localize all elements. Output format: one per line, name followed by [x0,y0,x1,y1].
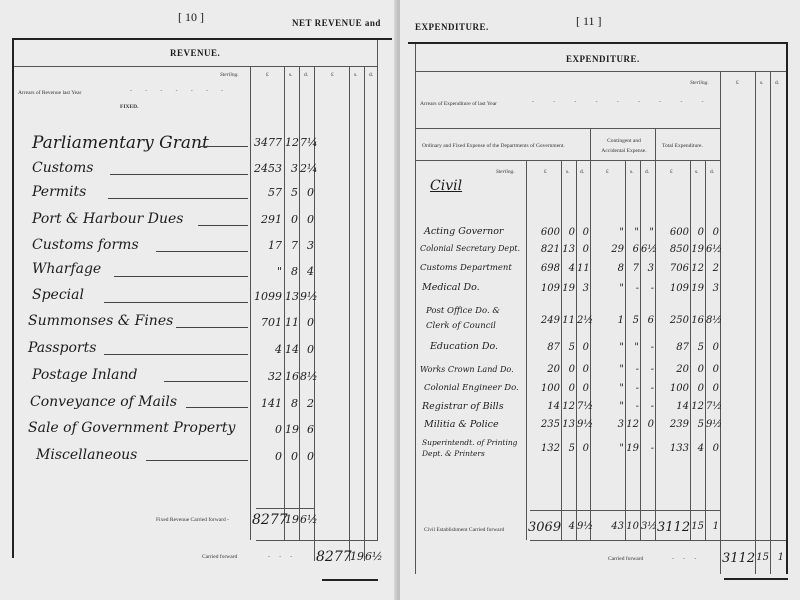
amount-pounds: " [252,265,282,278]
ordinary-pounds: 20 [528,364,560,375]
ordinary-pounds: 100 [528,383,560,394]
total-shillings: 12 [691,401,704,412]
row-label: Parliamentary Grant [32,133,209,153]
civil-total-ordinary-shillings: 4 [562,521,575,532]
total-shillings: 4 [691,443,704,454]
amount-pounds: 4 [252,343,282,356]
leader-line [176,327,248,328]
total-pence: 9½ [706,419,719,430]
total-pence: 0 [706,383,719,394]
col-header-pence: d. [775,80,779,86]
row-label: Postage Inland [32,367,138,383]
row-label: Acting Governor [424,226,503,237]
sterling-label: Sterling. [690,80,709,86]
amount-shillings: 12 [285,136,298,149]
row-label: Registrar of Bills [422,401,504,412]
group-header-ordinary: Ordinary and Fixed Expense of the Depart… [422,143,565,149]
amount-shillings: 16 [285,370,298,383]
ordinary-pence: 0 [577,383,589,394]
col-header: £ [544,169,547,175]
col-rule [364,66,365,561]
amount-pence: 7¼ [300,136,314,149]
contingent-shillings: - [626,383,639,394]
contingent-pence: - [641,443,654,454]
contingent-pence: - [641,401,654,412]
contingent-pounds: " [592,364,624,375]
row-label: Militia & Police [424,419,499,430]
ordinary-pounds: 600 [528,227,560,238]
amount-pence: 0 [300,186,314,199]
contingent-shillings: 5 [626,315,639,326]
amount-pence: 0 [300,343,314,356]
contingent-pounds: 29 [592,244,624,255]
total-pounds: 239 [657,419,689,430]
total-pence: 6½ [706,244,719,255]
civil-total-contingent-shillings: 10 [626,521,639,532]
contingent-shillings: 6 [626,244,639,255]
row-label: Sale of Government Property [28,420,235,436]
col-header-shillings-2: s. [354,72,358,78]
ordinary-pence: 0 [577,443,589,454]
row-label: Passports [28,340,96,356]
row-label: Post Office Do. & Clerk of Council [426,304,524,334]
row-label: Special [32,287,84,303]
total-shillings: 12 [691,263,704,274]
fixed-total-label: Fixed Revenue Carried forward - [156,517,229,523]
contingent-shillings: - [626,283,639,294]
total-shillings: 5 [691,342,704,353]
total-shillings: 0 [691,364,704,375]
sterling-label: Sterling. [496,169,515,175]
contingent-pence: - [641,283,654,294]
row-label: Miscellaneous [36,447,137,463]
amount-pence: 4 [300,265,314,278]
row-label: Permits [32,184,86,200]
amount-shillings: 14 [285,343,298,356]
amount-shillings: 8 [285,265,298,278]
total-pence: 0 [706,342,719,353]
contingent-pounds: " [592,283,624,294]
contingent-shillings: - [626,401,639,412]
running-head: EXPENDITURE. [415,22,489,32]
leader-line [104,302,248,303]
amount-pounds: 0 [252,423,282,436]
arrears-label: Arrears of Expenditure of last Year [420,101,497,107]
amount-pence: 6 [300,423,314,436]
bottom-rule [724,578,788,580]
total-shillings: 0 [691,383,704,394]
contingent-pence: - [641,342,654,353]
carried-forward-dots: - - - [268,554,296,560]
contingent-pounds: " [592,383,624,394]
arrears-dots: - - - - - - - [130,88,229,94]
carried-forward-shillings: 19 [350,550,363,563]
civil-total-shillings: 15 [691,521,704,532]
left-rule [415,44,416,574]
contingent-pounds: " [592,227,624,238]
ordinary-pounds: 14 [528,401,560,412]
col-header-pounds-2: £ [331,72,334,78]
leader-line [164,381,248,382]
subheader-rule [416,160,720,161]
row-label: Medical Do. [422,282,480,293]
contingent-pence: - [641,364,654,375]
total-pounds: 600 [657,227,689,238]
civil-total-pounds: 3112 [657,520,689,535]
amount-pence: 2 [300,397,314,410]
contingent-shillings: 19 [626,443,639,454]
row-label: Education Do. [430,341,498,352]
total-pounds: 109 [657,283,689,294]
amount-pounds: 57 [252,186,282,199]
col-rule [770,71,771,574]
total-pounds: 133 [657,443,689,454]
section-title: REVENUE. [170,48,220,58]
total-pounds: 14 [657,401,689,412]
ordinary-pounds: 235 [528,419,560,430]
running-head: NET REVENUE and [292,18,381,28]
amount-shillings: 13 [285,290,298,303]
total-shillings: 5 [691,419,704,430]
amount-pounds: 32 [252,370,282,383]
col-header-pence: d. [304,72,308,78]
ordinary-shillings: 19 [562,283,575,294]
amount-shillings: 11 [285,316,298,329]
col-header-pence-2: d. [369,72,373,78]
amount-pounds: 141 [252,397,282,410]
contingent-pounds: 1 [592,315,624,326]
contingent-pounds: 8 [592,263,624,274]
carried-forward-label: Carried forward [202,554,237,560]
ordinary-shillings: 12 [562,401,575,412]
row-label: Port & Harbour Dues [32,211,183,227]
col-header-pounds: £ [736,80,739,86]
row-label: Wharfage [32,261,101,277]
total-pence: 0 [706,227,719,238]
row-label: Customs forms [32,237,139,253]
group-header-contingent: Contingent and Accidental Expense. [596,136,652,156]
contingent-shillings: - [626,364,639,375]
ordinary-pence: 2½ [577,315,589,326]
civil-total-ordinary-pence: 9½ [577,521,589,532]
total-pounds: 87 [657,342,689,353]
carried-forward-pounds: 8277 [316,549,348,565]
fixed-total-shillings: 19 [285,513,298,526]
col-rule [755,71,756,574]
subsection-fixed: FIXED. [120,104,139,110]
leader-line [186,407,248,408]
amount-pounds: 1099 [252,290,282,303]
total-pounds: 850 [657,244,689,255]
contingent-pounds: " [592,443,624,454]
row-label: Superintendt. of Printing Dept. & Printe… [422,437,524,459]
ordinary-pence: 3 [577,283,589,294]
ordinary-pence: 11 [577,263,589,274]
section-title: EXPENDITURE. [566,54,640,64]
right-page-expenditure: EXPENDITURE. [ 11 ] EXPENDITURE. Sterlin… [400,0,800,600]
leader-line [156,251,248,252]
amount-shillings: 5 [285,186,298,199]
carried-forward-pence: 1 [771,552,784,563]
left-rule [12,40,14,558]
col-rule [250,66,251,540]
ordinary-shillings: 0 [562,364,575,375]
col-rule [349,66,350,561]
group-header-total: Total Expenditure. [662,143,703,149]
contingent-pence: 3 [641,263,654,274]
ordinary-pounds: 249 [528,315,560,326]
total-pounds: 20 [657,364,689,375]
col-header: s. [566,169,570,175]
arrears-label: Arrears of Revenue last Year [18,90,81,96]
contingent-pounds: " [592,401,624,412]
ordinary-pence: 0 [577,227,589,238]
civil-total-contingent-pounds: 43 [592,521,624,532]
ordinary-pounds: 109 [528,283,560,294]
total-pounds: 100 [657,383,689,394]
top-rule [12,38,392,40]
ordinary-pounds: 132 [528,443,560,454]
col-rule [526,160,527,540]
contingent-pence: 0 [641,419,654,430]
col-header-shillings: s. [760,80,764,86]
row-label: Customs Department [420,263,512,273]
col-header: d. [645,169,649,175]
contingent-shillings: " [626,227,639,238]
sterling-label: Sterling. [220,72,239,78]
amount-shillings: 0 [285,213,298,226]
leader-line [110,174,248,175]
total-pence: 2 [706,263,719,274]
amount-pence: 9½ [300,290,314,303]
ordinary-pounds: 821 [528,244,560,255]
amount-pence: 0 [300,316,314,329]
ordinary-shillings: 13 [562,419,575,430]
total-pounds: 706 [657,263,689,274]
leader-line [200,146,248,147]
total-pence: 8½ [706,315,719,326]
col-header: s. [695,169,699,175]
col-header: d. [580,169,584,175]
title-rule [416,71,786,72]
contingent-pence: 6½ [641,244,654,255]
amount-pounds: 17 [252,239,282,252]
carried-forward-shillings: 15 [756,552,769,563]
leader-line [104,354,248,355]
col-header-shillings: s. [289,72,293,78]
total-rule [256,508,314,509]
total-pence: 3 [706,283,719,294]
contingent-pounds: 3 [592,419,624,430]
fixed-total-pence: 6½ [300,513,314,526]
row-label: Works Crown Land Do. [420,365,514,374]
amount-shillings: 3 [285,162,298,175]
row-label: Customs [32,160,93,176]
amount-pounds: 2453 [252,162,282,175]
ordinary-pence: 0 [577,244,589,255]
civil-total-label: Civil Establishment Carried forward [424,527,504,533]
total-shillings: 0 [691,227,704,238]
amount-pounds: 291 [252,213,282,226]
category-civil: Civil [430,178,462,194]
col-rule [655,128,656,540]
amount-pounds: 0 [252,450,282,463]
col-rule [590,128,591,540]
amount-pounds: 701 [252,316,282,329]
amount-shillings: 0 [285,450,298,463]
col-header: £ [670,169,673,175]
leader-line [146,460,248,461]
total-pence: 0 [706,364,719,375]
amount-pence: 8½ [300,370,314,383]
ordinary-pounds: 87 [528,342,560,353]
total-shillings: 19 [691,244,704,255]
civil-total-ordinary-pounds: 3069 [528,520,560,535]
amount-pounds: 3477 [252,136,282,149]
fixed-total-pounds: 8277 [252,512,282,528]
total-rule [256,540,378,541]
contingent-pence: 6 [641,315,654,326]
arrears-dots: - - - - - - - - - [532,99,712,105]
carried-forward-pounds: 3112 [722,551,754,566]
col-header-pounds: £ [266,72,269,78]
carried-forward-dots: - - - [672,556,700,562]
leader-line [198,225,248,226]
ordinary-shillings: 0 [562,383,575,394]
ordinary-shillings: 11 [562,315,575,326]
carried-forward-pence: 6½ [365,550,377,563]
ordinary-shillings: 5 [562,342,575,353]
contingent-pounds: " [592,342,624,353]
contingent-pence: - [641,383,654,394]
row-label: Summonses & Fines [28,313,173,329]
leader-line [108,198,248,199]
col-header: s. [630,169,634,175]
ordinary-pence: 7½ [577,401,589,412]
ordinary-shillings: 5 [562,443,575,454]
civil-total-pence: 1 [706,521,719,532]
ordinary-pence: 0 [577,342,589,353]
bottom-rule [322,579,378,581]
total-shillings: 16 [691,315,704,326]
row-label: Colonial Secretary Dept. [420,244,520,253]
total-shillings: 19 [691,283,704,294]
top-rule [408,42,788,44]
total-rule [530,540,786,541]
row-label: Colonial Engineer Do. [424,383,519,393]
amount-shillings: 8 [285,397,298,410]
total-pence: 7½ [706,401,719,412]
amount-pence: 0 [300,450,314,463]
total-pence: 0 [706,443,719,454]
contingent-shillings: 12 [626,419,639,430]
row-label: Conveyance of Mails [30,394,177,410]
amount-pence: 3 [300,239,314,252]
leader-line [114,276,248,277]
amount-pence: 2¼ [300,162,314,175]
group-rule [416,128,720,129]
total-rule [530,510,720,511]
left-page-revenue: [ 10 ] NET REVENUE and REVENUE. Sterling… [0,0,398,600]
ordinary-pence: 9½ [577,419,589,430]
ordinary-pounds: 698 [528,263,560,274]
civil-total-contingent-pence: 3½ [641,521,654,532]
title-rule [14,66,378,67]
page-number: [ 10 ] [178,10,204,25]
total-pounds: 250 [657,315,689,326]
contingent-pence: " [641,227,654,238]
amount-shillings: 7 [285,239,298,252]
col-header: £ [606,169,609,175]
right-rule [786,44,788,574]
page-number: [ 11 ] [576,14,602,29]
ordinary-shillings: 0 [562,227,575,238]
contingent-shillings: 7 [626,263,639,274]
carried-forward-label: Carried forward [608,556,643,562]
ordinary-shillings: 4 [562,263,575,274]
amount-shillings: 19 [285,423,298,436]
ordinary-shillings: 13 [562,244,575,255]
col-header: d. [710,169,714,175]
amount-pence: 0 [300,213,314,226]
ordinary-pence: 0 [577,364,589,375]
right-rule [377,40,378,540]
contingent-shillings: " [626,342,639,353]
